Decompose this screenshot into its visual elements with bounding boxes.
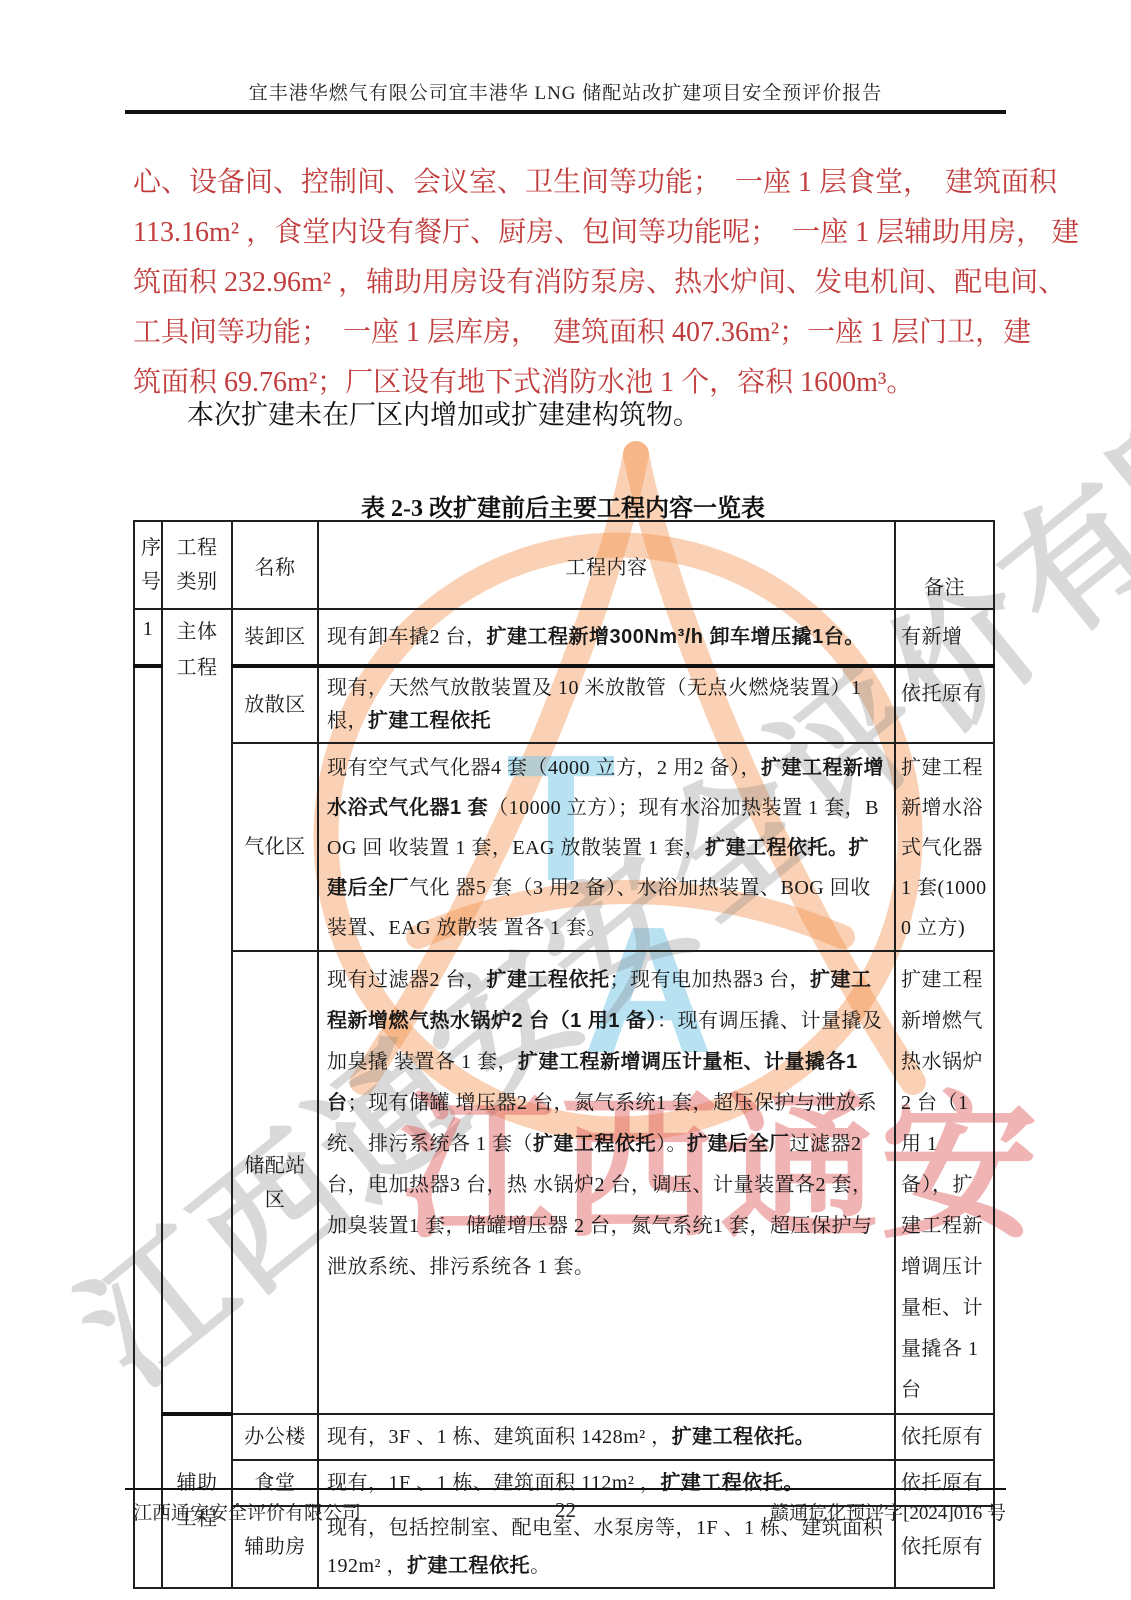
bold-text-segment: 扩建工程新增300Nm³/h 卸车增压撬1台。 (487, 626, 865, 648)
cell-name: 办公楼 (232, 1414, 318, 1460)
bold-text-segment: 扩建工程依托 (368, 710, 491, 732)
table-row: 储配站 区 现有过滤器2 台，扩建工程依托；现有电加热器3 台，扩建工程新增燃气… (134, 951, 994, 1414)
cell-remark: 依托原有 (895, 1414, 994, 1460)
table-row: 气化区 现有空气式气化器4 套（4000 立方，2 用2 备），扩建工程新增水浴… (134, 743, 994, 951)
footer-rule (125, 1488, 1006, 1490)
header-seq: 序 号 (134, 521, 162, 609)
cell-name: 放散区 (232, 666, 318, 743)
text-segment: ；现有电加热器3 台， (610, 969, 811, 991)
cell-content: 现有，天然气放散装置及 10 米放散管（无点火燃烧装置）1 根，扩建工程依托 (318, 666, 895, 743)
document-header-title: 宜丰港华燃气有限公司宜丰港华 LNG 储配站改扩建项目安全预评价报告 (0, 78, 1131, 105)
text-segment: ）。 (656, 1133, 687, 1155)
text-segment: 现有过滤器2 台， (327, 969, 487, 991)
text-line: 筑面积 232.96m² ，辅助用房设有消防泵房、热水炉间、发电机间、配电间、 (133, 258, 1018, 308)
cell-remark: 扩建工程新增燃气热水锅炉2 台（1 用 1 备），扩建工程新增调压计量柜、计量撬… (895, 951, 994, 1414)
bold-text-segment: 扩建工程依托 (487, 969, 610, 991)
text-line: 工具间等功能； 一座 1 层库房， 建筑面积 407.36m²；一座 1 层门卫… (133, 308, 1018, 358)
text-segment: 现有卸车撬2 台， (327, 626, 487, 648)
text-segment: 气化 器5 套（3 用2 备）、水浴加热装置、BOG 回收装置、EAG 放散装 … (327, 877, 871, 939)
cell-remark: 有新增 (895, 609, 994, 666)
table-row: 放散区 现有，天然气放散装置及 10 米放散管（无点火燃烧装置）1 根，扩建工程… (134, 666, 994, 743)
header-name: 名称 (232, 521, 318, 609)
table-row: 1 主体 工程 装卸区 现有卸车撬2 台，扩建工程新增300Nm³/h 卸车增压… (134, 609, 994, 666)
intro-paragraph: 本次扩建未在厂区内增加或扩建建构筑物。 (187, 393, 700, 432)
bold-text-segment: 扩建工程依托。 (660, 1472, 804, 1494)
red-paragraph: 心、设备间、控制间、会议室、卫生间等功能； 一座 1 层食堂， 建筑面积113.… (133, 158, 1018, 408)
cell-content: 现有，3F 、1 栋、建筑面积 1428m² ，扩建工程依托。 (318, 1414, 895, 1460)
bold-text-segment: 扩建工程依托 (407, 1555, 530, 1577)
cell-content: 现有过滤器2 台，扩建工程依托；现有电加热器3 台，扩建工程新增燃气热水锅炉2 … (318, 951, 895, 1414)
text-line: 心、设备间、控制间、会议室、卫生间等功能； 一座 1 层食堂， 建筑面积 (133, 158, 1018, 208)
cell-content: 现有卸车撬2 台，扩建工程新增300Nm³/h 卸车增压撬1台。 (318, 609, 895, 666)
text-segment: 现有，1F 、1 栋、建筑面积 112m² ， (327, 1472, 660, 1494)
cell-remark: 扩建工程新增水浴式气化器1 套(10000 立方) (895, 743, 994, 951)
header-category: 工程 类别 (162, 521, 232, 609)
cell-seq-empty (134, 666, 162, 1588)
cell-content: 现有空气式气化器4 套（4000 立方，2 用2 备），扩建工程新增水浴式气化器… (318, 743, 895, 951)
table-header-row: 序 号 工程 类别 名称 工程内容 备注 (134, 521, 994, 609)
header-content: 工程内容 (318, 521, 895, 609)
page: T A 江西通安安全评价有限公司 江西通安 宜丰港华燃气有限公司宜丰港华 LNG… (0, 0, 1131, 1600)
cell-name: 气化区 (232, 743, 318, 951)
text-segment: 。 (530, 1555, 551, 1577)
table-row: 辅助 工程 办公楼 现有，3F 、1 栋、建筑面积 1428m² ，扩建工程依托… (134, 1414, 994, 1460)
text-line: 113.16m² ，食堂内设有餐厅、厨房、包间等功能呢； 一座 1 层辅助用房，… (133, 208, 1018, 258)
cell-name: 装卸区 (232, 609, 318, 666)
bold-text-segment: 扩建工程依托。 (672, 1426, 816, 1448)
header-remark: 备注 (895, 521, 994, 609)
cell-category-main: 主体 工程 (162, 609, 232, 1414)
bold-text-segment: 扩建工程依托 (533, 1133, 656, 1155)
cell-remark: 依托原有 (895, 666, 994, 743)
cell-name: 储配站 区 (232, 951, 318, 1414)
text-segment: 现有空气式气化器4 套（4000 立方，2 用2 备）， (327, 757, 761, 779)
cell-seq: 1 (134, 609, 162, 666)
footer-doc-number: 赣通危化预评字[2024]016 号 (770, 1498, 1006, 1525)
text-segment: 现有，3F 、1 栋、建筑面积 1428m² ， (327, 1426, 672, 1448)
header-rule (125, 110, 1006, 114)
table-title: 表 2-3 改扩建前后主要工程内容一览表 (133, 488, 993, 523)
bold-text-segment: 扩建后全厂 (687, 1133, 790, 1155)
project-contents-table: 序 号 工程 类别 名称 工程内容 备注 1 主体 工程 装卸区 现有卸车撬2 … (133, 520, 995, 1589)
